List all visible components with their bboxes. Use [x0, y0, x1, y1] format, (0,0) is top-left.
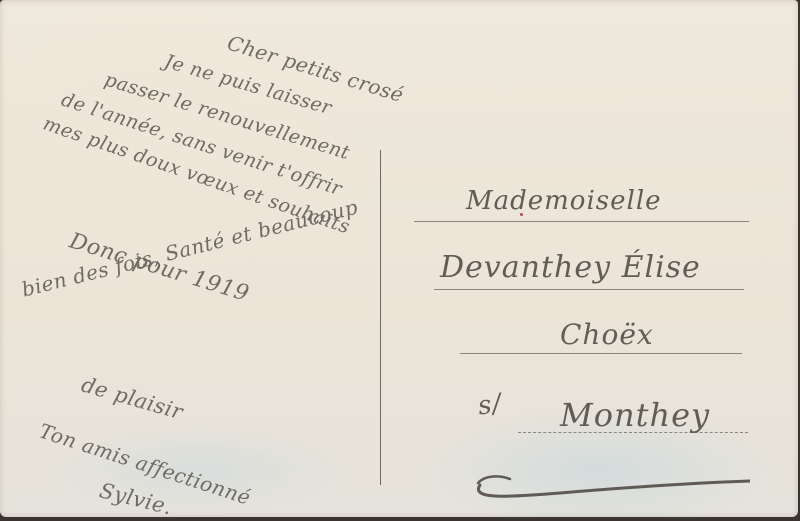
- vertical-divider: [380, 150, 381, 485]
- message-line-8: de plaisir: [79, 372, 186, 424]
- address-prefix: s/: [476, 388, 504, 421]
- address-locality: Choëx: [560, 318, 654, 351]
- ink-spot: [520, 213, 523, 216]
- address-line-1-rule: [414, 221, 749, 222]
- postcard-back: Cher petits crosé Je ne puis laisser pas…: [0, 0, 798, 517]
- signature: Sylvie.: [97, 478, 175, 519]
- underline-flourish: [470, 455, 750, 505]
- address-recipient-title: Mademoiselle: [466, 186, 662, 216]
- address-line-2-rule: [434, 289, 744, 290]
- address-recipient-name: Devanthey Élise: [440, 250, 701, 285]
- address-town: Monthey: [560, 396, 710, 434]
- address-line-3-rule: [460, 353, 742, 354]
